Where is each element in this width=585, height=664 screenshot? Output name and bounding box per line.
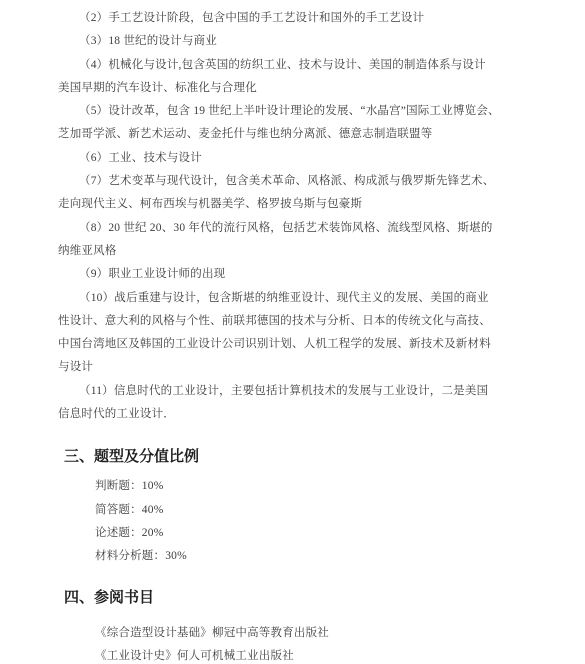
outline-line: （10）战后重建与设计，包含斯堪的纳维亚设计、现代主义的发展、美国的商业 [58, 287, 535, 310]
outline-line: 芝加哥学派、新艺术运动、麦金托什与维也纳分离派、德意志制造联盟等 [58, 123, 535, 146]
outline-paragraph: （3）18 世纪的设计与商业 [58, 30, 535, 53]
outline-line: 与设计 [58, 356, 535, 379]
reference-book-list: 《综合造型设计基础》柳冠中高等教育出版社 《工业设计史》何人可机械工业出版社 [95, 622, 535, 664]
outline-line: （3）18 世纪的设计与商业 [58, 30, 535, 53]
score-ratio-list: 判断题：10% 简答题：40% 论述题：20% 材料分析题：30% [95, 475, 535, 568]
score-ratio-item: 判断题：10% [95, 475, 535, 498]
outline-line: 性设计、意大利的风格与个性、前联邦德国的技术与分析、日本的传统文化与高技、 [58, 310, 535, 333]
outline-paragraph: （11）信息时代的工业设计，主要包括计算机技术的发展与工业设计，二是美国 信息时… [58, 380, 535, 427]
score-ratio-item: 简答题：40% [95, 499, 535, 522]
outline-line: 纳维亚风格 [58, 240, 535, 263]
outline-paragraph: （7）艺术变革与现代设计，包含美术革命、风格派、构成派与俄罗斯先锋艺术、 走向现… [58, 170, 535, 217]
document-page: { "page": { "background_color": "#ffffff… [0, 0, 585, 664]
outline-line: （5）设计改革，包含 19 世纪上半叶设计理论的发展、“水晶宫”国际工业博览会、 [58, 100, 535, 123]
outline-line: （9）职业工业设计师的出现 [58, 263, 535, 286]
outline-paragraph: （10）战后重建与设计，包含斯堪的纳维亚设计、现代主义的发展、美国的商业 性设计… [58, 287, 535, 380]
outline-line: （6）工业、技术与设计 [58, 147, 535, 170]
outline-paragraph: （4）机械化与设计,包含英国的纺织工业、技术与设计、美国的制造体系与设计 美国早… [58, 54, 535, 101]
outline-paragraph: （6）工业、技术与设计 [58, 147, 535, 170]
outline-line: 走向现代主义、柯布西埃与机器美学、格罗披乌斯与包豪斯 [58, 193, 535, 216]
outline-line: （7）艺术变革与现代设计，包含美术革命、风格派、构成派与俄罗斯先锋艺术、 [58, 170, 535, 193]
section-heading-references: 四、参阅书目 [64, 586, 535, 610]
outline-line: 美国早期的汽车设计、标准化与合理化 [58, 77, 535, 100]
outline-paragraph: （5）设计改革，包含 19 世纪上半叶设计理论的发展、“水晶宫”国际工业博览会、… [58, 100, 535, 147]
document-content: （2）手工艺设计阶段，包含中国的手工艺设计和国外的手工艺设计 （3）18 世纪的… [0, 0, 585, 664]
outline-line: （8）20 世纪 20、30 年代的流行风格，包括艺术装饰风格、流线型风格、斯堪… [58, 217, 535, 240]
reference-book-item: 《综合造型设计基础》柳冠中高等教育出版社 [95, 622, 535, 645]
section-heading-question-types: 三、题型及分值比例 [64, 445, 535, 469]
outline-line: （4）机械化与设计,包含英国的纺织工业、技术与设计、美国的制造体系与设计 [58, 54, 535, 77]
outline-line: （2）手工艺设计阶段，包含中国的手工艺设计和国外的手工艺设计 [58, 7, 535, 30]
outline-paragraph: （2）手工艺设计阶段，包含中国的手工艺设计和国外的手工艺设计 [58, 7, 535, 30]
reference-book-item: 《工业设计史》何人可机械工业出版社 [95, 645, 535, 664]
score-ratio-item: 材料分析题：30% [95, 545, 535, 568]
outline-paragraph: （9）职业工业设计师的出现 [58, 263, 535, 286]
score-ratio-item: 论述题：20% [95, 522, 535, 545]
outline-paragraph: （8）20 世纪 20、30 年代的流行风格，包括艺术装饰风格、流线型风格、斯堪… [58, 217, 535, 264]
outline-line: （11）信息时代的工业设计，主要包括计算机技术的发展与工业设计，二是美国 [58, 380, 535, 403]
outline-line: 信息时代的工业设计． [58, 403, 535, 426]
outline-line: 中国台湾地区及韩国的工业设计公司识别计划、人机工程学的发展、新技术及新材料 [58, 333, 535, 356]
